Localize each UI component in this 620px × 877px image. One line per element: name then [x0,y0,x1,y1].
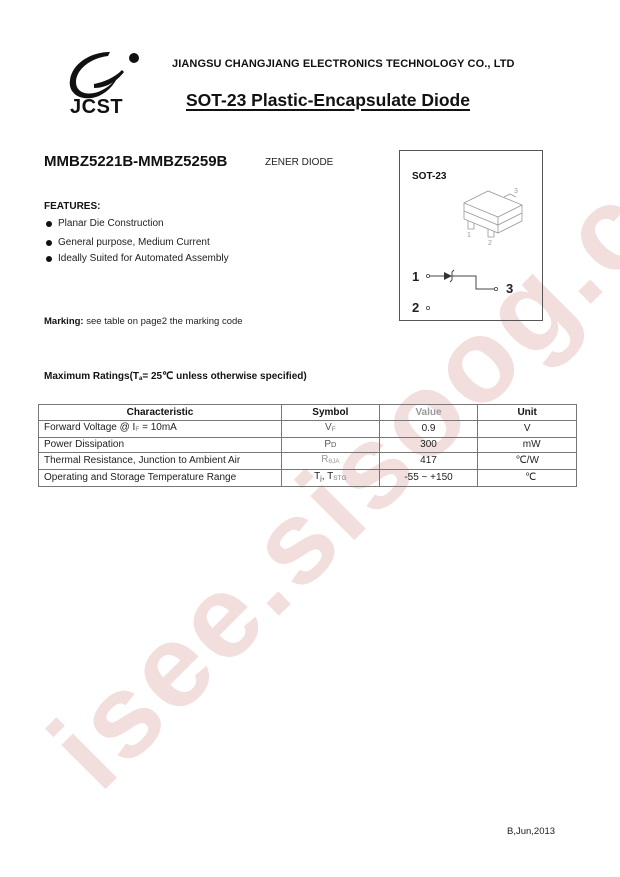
symbol-cell: RθJA [282,453,380,470]
sot23-package-icon: 1 2 3 [452,183,532,263]
maximum-ratings-table: Characteristic Symbol Value Unit Forward… [38,404,577,487]
characteristic-cell: Forward Voltage @ IF = 10mA [39,421,282,438]
part-type: ZENER DIODE [265,157,333,168]
revision-date: B,Jun,2013 [507,826,555,837]
characteristic-cell: Power Dissipation [39,438,282,453]
zener-schematic-icon: 1 2 3 [408,261,548,321]
header-unit: Unit [478,405,577,421]
table-row: Thermal Resistance, Junction to Ambient … [39,453,577,470]
svg-text:2: 2 [488,240,492,247]
value-cell: 417 [379,453,478,470]
table-row: Operating and Storage Temperature Range … [39,470,577,487]
svg-text:1: 1 [467,232,471,239]
header-symbol: Symbol [282,405,380,421]
unit-cell: V [478,421,577,438]
svg-text:2: 2 [412,300,419,315]
unit-cell: ℃ [478,470,577,487]
features-title: FEATURES: [44,201,100,212]
unit-cell: ℃/W [478,453,577,470]
table-row: Forward Voltage @ IF = 10mA VF 0.9 V [39,421,577,438]
part-number: MMBZ5221B-MMBZ5259B [44,153,227,170]
document-title: SOT-23 Plastic-Encapsulate Diode [186,90,470,111]
symbol-cell: VF [282,421,380,438]
features-list: Planar Die Construction General purpose,… [44,217,229,268]
symbol-cell: Tj, TSTG [282,470,380,487]
header-characteristic: Characteristic [39,405,282,421]
svg-text:3: 3 [514,188,518,195]
value-cell: -55 ~ +150 [379,470,478,487]
svg-text:1: 1 [412,269,419,284]
value-cell: 0.9 [379,421,478,438]
marking-note: Marking: see table on page2 the marking … [44,316,243,327]
bullet-icon [46,221,52,227]
bullet-icon [46,256,52,262]
unit-cell: mW [478,438,577,453]
symbol-cell: PD [282,438,380,453]
header-value: Value [379,405,478,421]
table-header-row: Characteristic Symbol Value Unit [39,405,577,421]
bullet-icon [46,240,52,246]
characteristic-cell: Thermal Resistance, Junction to Ambient … [39,453,282,470]
package-diagram: SOT-23 1 2 3 1 2 3 [399,150,543,321]
feature-item: Planar Die Construction [44,217,229,236]
datasheet-page: JCST JIANGSU CHANGJIANG ELECTRONICS TECH… [0,0,620,877]
value-cell: 300 [379,438,478,453]
feature-item: Ideally Suited for Automated Assembly [44,252,229,268]
logo-text: JCST [70,96,123,119]
table-row: Power Dissipation PD 300 mW [39,438,577,453]
package-label: SOT-23 [412,171,446,182]
feature-item: General purpose, Medium Current [44,236,229,252]
svg-text:3: 3 [506,281,513,296]
characteristic-cell: Operating and Storage Temperature Range [39,470,282,487]
ratings-title: Maximum Ratings(Ta= 25℃ unless otherwise… [44,371,307,382]
company-name: JIANGSU CHANGJIANG ELECTRONICS TECHNOLOG… [172,58,515,70]
